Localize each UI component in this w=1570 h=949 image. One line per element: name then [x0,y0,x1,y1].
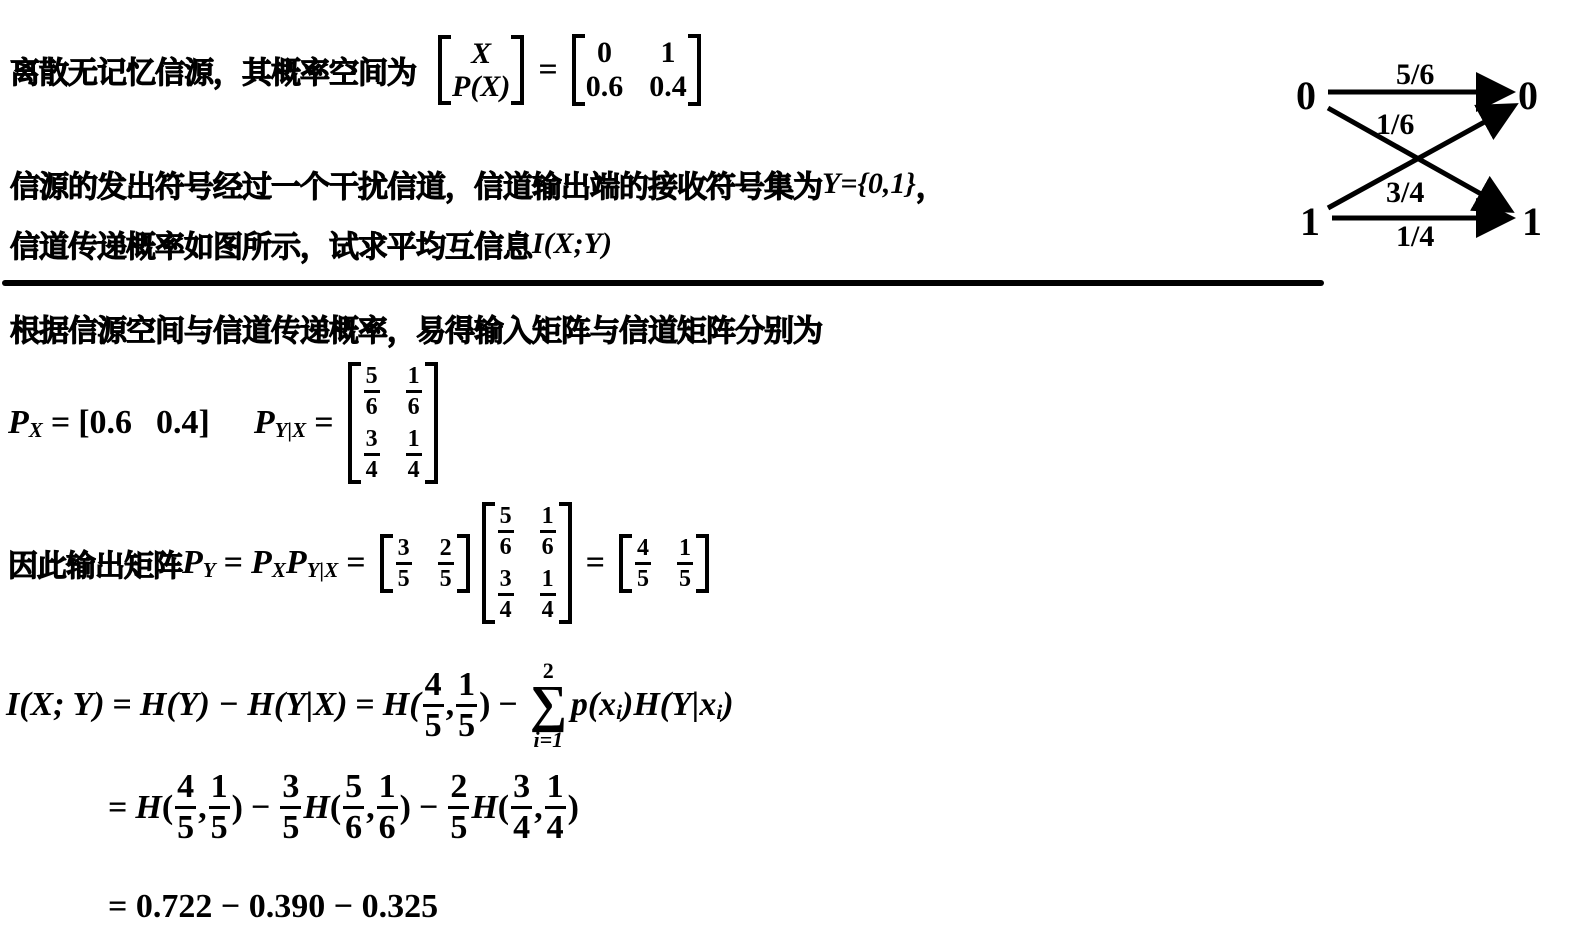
edge-label-0-0: 5/6 [1396,58,1434,92]
input-row-vector: 35 25 [380,534,470,593]
output-symbol-set: Y={0,1} [822,167,916,201]
mutual-information-line-2: = H( 45 , 15 ) − 35 H( 56 , 16 ) − 25 H(… [108,770,579,845]
output-node-0: 0 [1518,72,1538,119]
edge-label-1-0: 3/4 [1386,176,1424,210]
channel-transition-diagram: 0 1 0 1 5/6 1/6 3/4 1/4 [1290,58,1550,258]
mutual-information-line-3: = 0.722 − 0.390 − 0.325 [108,888,438,926]
input-and-channel-matrices: PX = [0.6 0.4] PY|X = 56 16 34 14 [8,362,444,484]
problem-text-source: 离散无记忆信源，其概率空间为 [10,48,416,92]
problem-line-3: 信道传递概率如图所示，试求平均互信息 I(X;Y) [10,222,612,266]
problem-line-2: 信源的发出符号经过一个干扰信道，信道输出端的接收符号集为 Y={0,1} ， [10,162,945,206]
channel-matrix: 56 16 34 14 [348,362,438,484]
problem-line-1: 离散无记忆信源，其概率空间为 X P(X) = 0 1 0.6 0.4 [10,34,707,106]
source-probability-matrix: 0 1 0.6 0.4 [572,34,701,106]
source-symbol-matrix: X P(X) [438,35,524,105]
mutual-information-line-1: I(X; Y) = H(Y) − H(Y|X) = H( 45 , 15 ) −… [6,660,734,751]
output-row-vector: 45 15 [619,534,709,593]
solution-intro: 根据信源空间与信道传递概率，易得输入矩阵与信道矩阵分别为 [10,306,822,350]
output-matrix-line: 因此输出矩阵 PY = PX PY|X = 35 25 56 16 34 14 … [8,502,715,624]
px-definition: PX = [0.6 0.4] [8,404,210,442]
channel-matrix-product: 56 16 34 14 [482,502,572,624]
section-divider [2,280,1324,286]
mutual-information-symbol: I(X;Y) [532,227,612,261]
edge-label-0-1: 1/6 [1376,108,1414,142]
p-y-given-x-definition: PY|X = 56 16 34 14 [254,362,444,484]
edge-label-1-1: 1/4 [1396,220,1434,254]
summation-icon: 2 ∑ i=1 [530,660,567,751]
input-node-0: 0 [1296,72,1316,119]
input-node-1: 1 [1300,198,1320,245]
output-node-1: 1 [1522,198,1542,245]
